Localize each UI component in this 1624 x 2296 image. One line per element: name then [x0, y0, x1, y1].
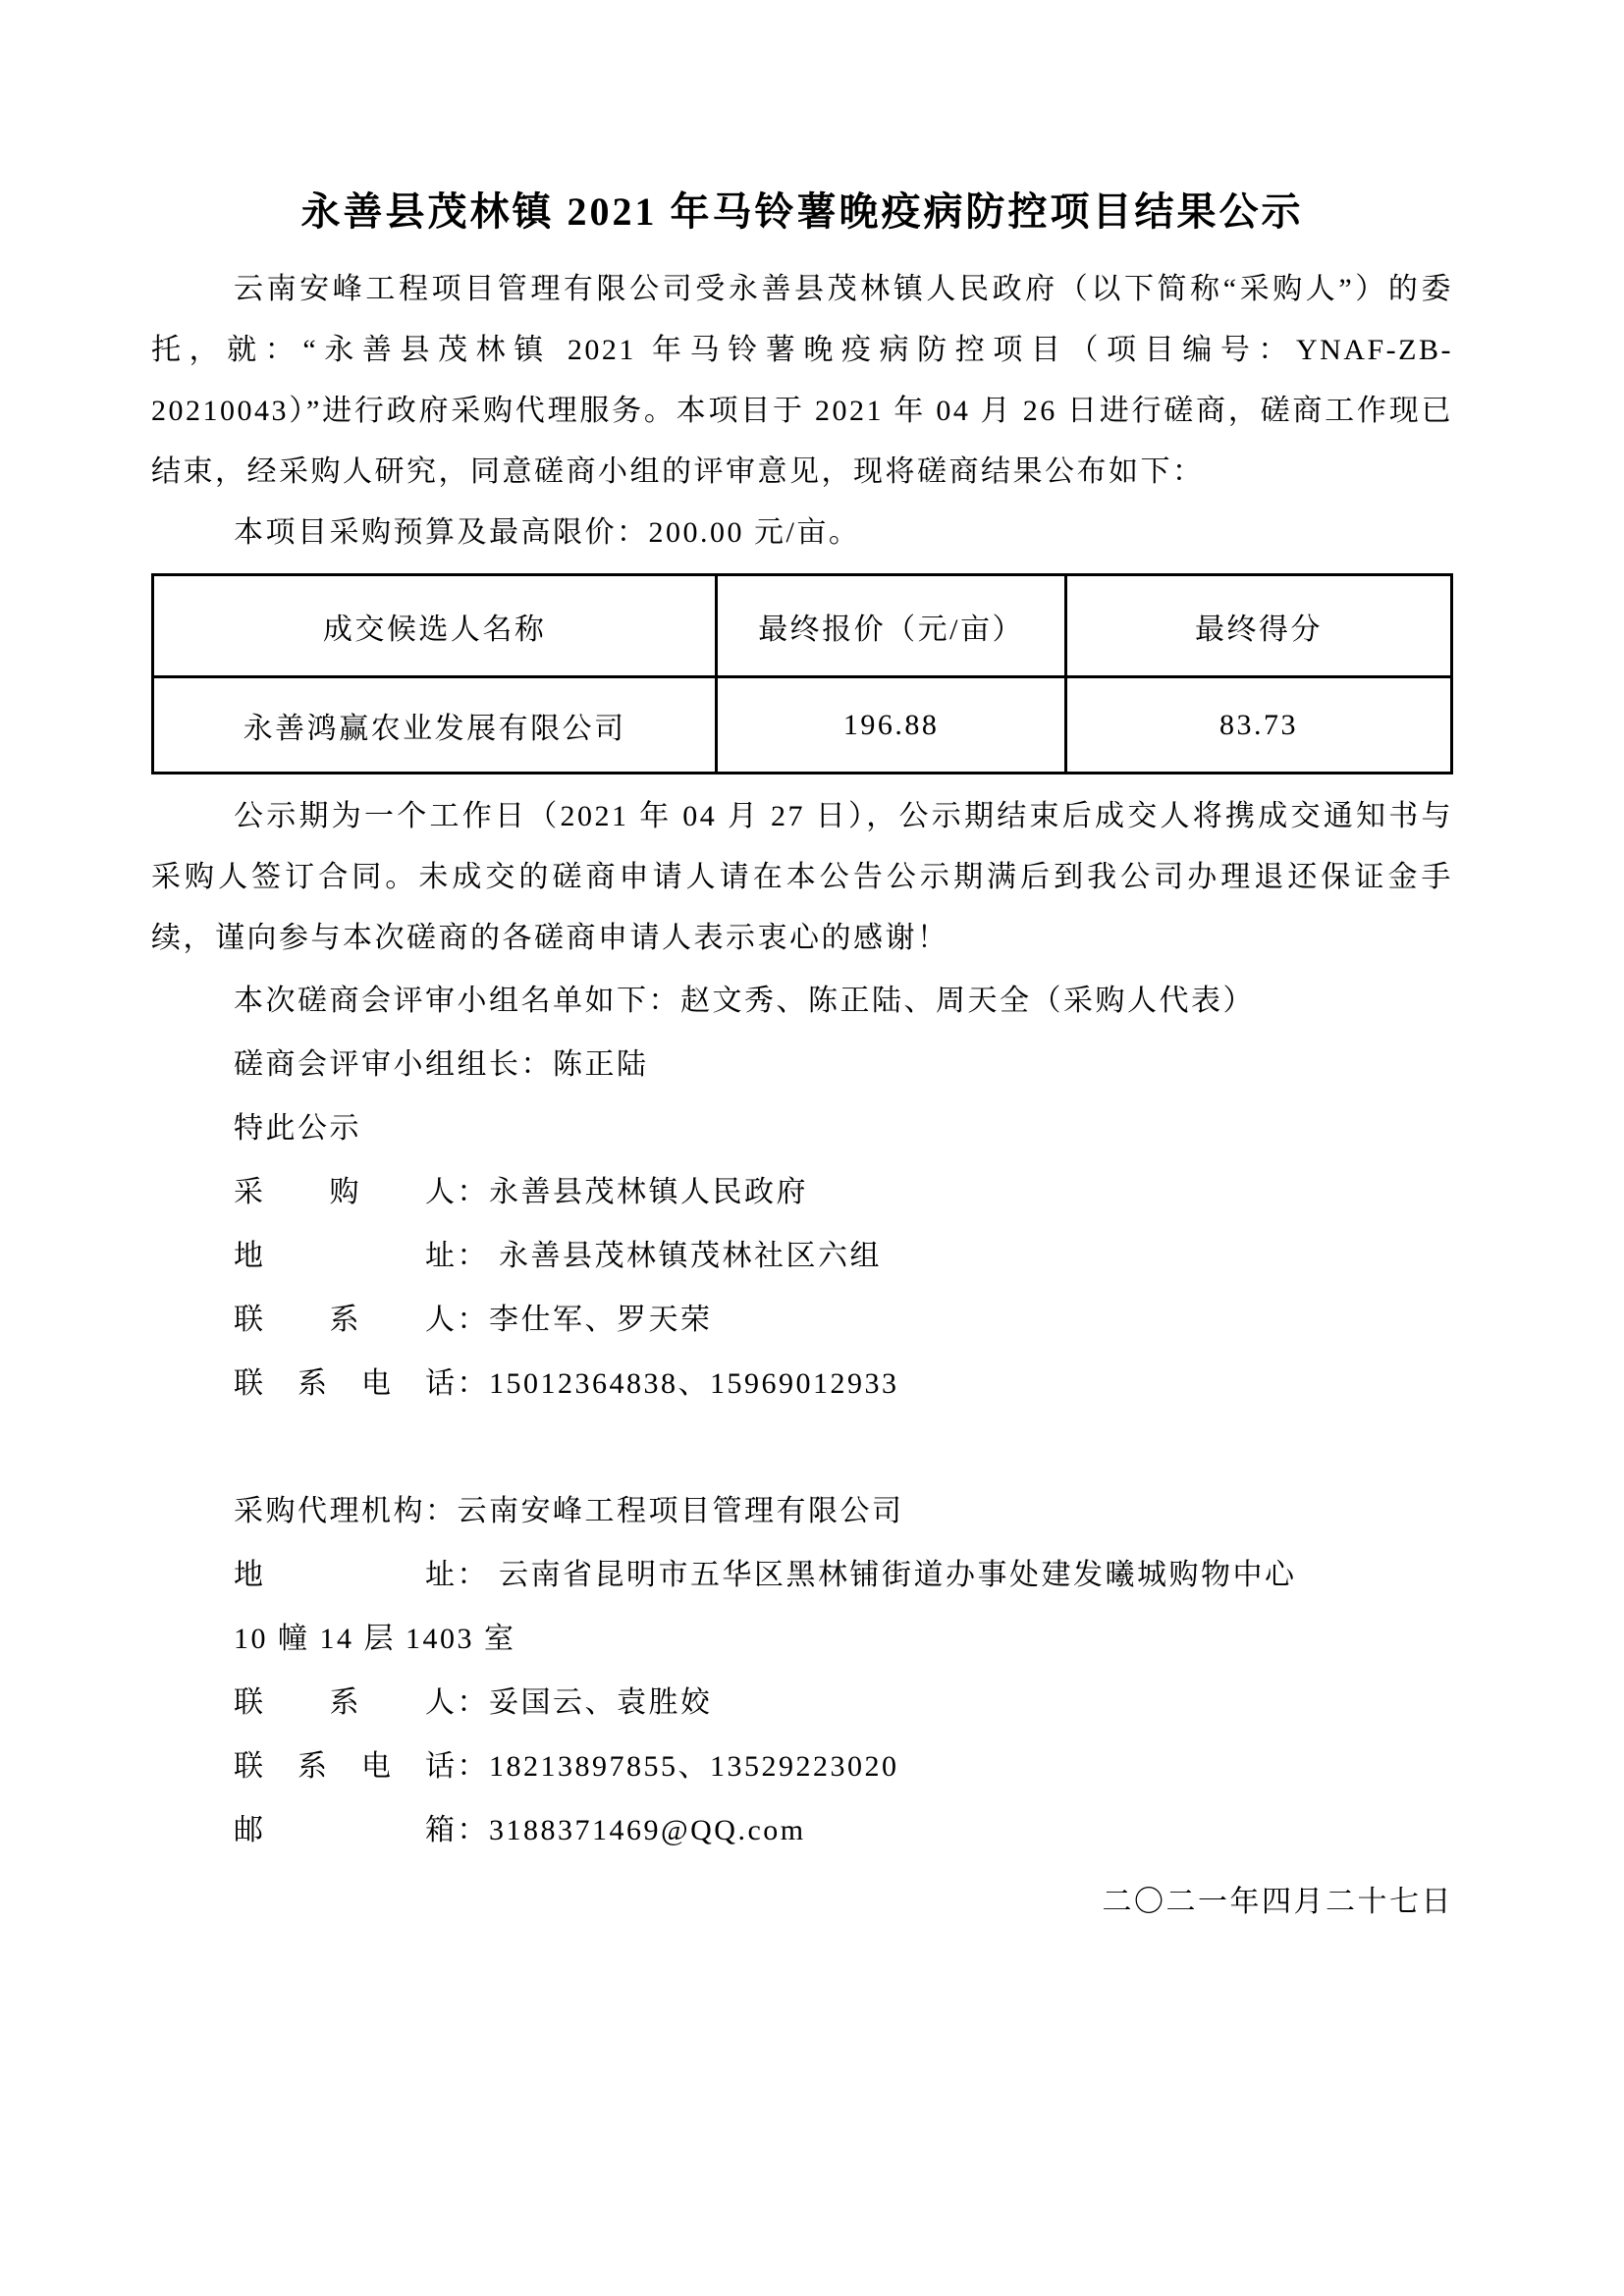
announcement-page: 永善县茂林镇 2021 年马铃薯晚疫病防控项目结果公示 云南安峰工程项目管理有限…	[0, 0, 1624, 1934]
purchaser-name-value: 永善县茂林镇人民政府	[489, 1176, 808, 1208]
col-header-final-score: 最终得分	[1066, 575, 1452, 677]
agency-email-label: 邮 箱：	[234, 1814, 489, 1846]
date-line: 二〇二一年四月二十七日	[151, 1870, 1453, 1934]
candidate-name-cell: 永善鸿赢农业发展有限公司	[153, 677, 717, 774]
agency-address-value: 云南省昆明市五华区黑林铺街道办事处建发曦城购物中心	[489, 1559, 1297, 1591]
purchaser-address-label: 地 址：	[234, 1240, 489, 1272]
panel-line: 本次磋商会评审小组名单如下：赵文秀、陈正陆、周天全（采购人代表）	[151, 969, 1453, 1033]
agency-contact-value: 妥国云、袁胜姣	[489, 1686, 713, 1719]
purchaser-name-label: 采 购 人：	[234, 1176, 489, 1208]
table-header-row: 成交候选人名称 最终报价（元/亩） 最终得分	[153, 575, 1452, 677]
purchaser-contact-value: 李仕军、罗天荣	[489, 1304, 713, 1336]
purchaser-contact-label: 联 系 人：	[234, 1304, 489, 1336]
publicity-paragraph: 公示期为一个工作日（2021 年 04 月 27 日），公示期结束后成交人将携成…	[151, 786, 1453, 969]
col-header-final-price: 最终报价（元/亩）	[717, 575, 1066, 677]
spacer	[151, 1415, 1453, 1479]
agency-contact-label: 联 系 人：	[234, 1686, 489, 1719]
purchaser-phone-value: 15012364838、15969012933	[489, 1367, 899, 1400]
agency-name-line: 采购代理机构：云南安峰工程项目管理有限公司	[151, 1479, 1453, 1543]
agency-name-value: 云南安峰工程项目管理有限公司	[458, 1495, 904, 1527]
budget-line: 本项目采购预算及最高限价：200.00 元/亩。	[151, 503, 1453, 563]
purchaser-phone-label: 联 系 电 话：	[234, 1367, 489, 1400]
agency-name-label: 采购代理机构：	[234, 1495, 458, 1527]
page-title: 永善县茂林镇 2021 年马铃薯晚疫病防控项目结果公示	[151, 188, 1453, 236]
agency-phone-value: 18213897855、13529223020	[489, 1750, 899, 1783]
agency-address-line: 地 址： 云南省昆明市五华区黑林铺街道办事处建发曦城购物中心	[151, 1543, 1453, 1607]
purchaser-address-line: 地 址： 永善县茂林镇茂林社区六组	[151, 1224, 1453, 1288]
panel-leader-line: 磋商会评审小组组长：陈正陆	[151, 1033, 1453, 1096]
agency-email-value: 3188371469@QQ.com	[489, 1814, 806, 1846]
agency-email-line: 邮 箱：3188371469@QQ.com	[151, 1798, 1453, 1862]
purchaser-phone-line: 联 系 电 话：15012364838、15969012933	[151, 1352, 1453, 1415]
result-table: 成交候选人名称 最终报价（元/亩） 最终得分 永善鸿赢农业发展有限公司 196.…	[151, 573, 1453, 774]
agency-address-line2: 10 幢 14 层 1403 室	[151, 1607, 1453, 1671]
agency-contact-line: 联 系 人：妥国云、袁胜姣	[151, 1671, 1453, 1735]
notice-line: 特此公示	[151, 1096, 1453, 1160]
col-header-candidate-name: 成交候选人名称	[153, 575, 717, 677]
agency-phone-line: 联 系 电 话：18213897855、13529223020	[151, 1735, 1453, 1798]
purchaser-address-value: 永善县茂林镇茂林社区六组	[489, 1240, 882, 1272]
table-row: 永善鸿赢农业发展有限公司 196.88 83.73	[153, 677, 1452, 774]
purchaser-name-line: 采 购 人：永善县茂林镇人民政府	[151, 1160, 1453, 1224]
intro-paragraph: 云南安峰工程项目管理有限公司受永善县茂林镇人民政府（以下简称“采购人”）的委托，…	[151, 259, 1453, 503]
final-price-cell: 196.88	[717, 677, 1066, 774]
purchaser-contact-line: 联 系 人：李仕军、罗天荣	[151, 1288, 1453, 1352]
final-score-cell: 83.73	[1066, 677, 1452, 774]
agency-phone-label: 联 系 电 话：	[234, 1750, 489, 1783]
agency-address-label: 地 址：	[234, 1559, 489, 1591]
